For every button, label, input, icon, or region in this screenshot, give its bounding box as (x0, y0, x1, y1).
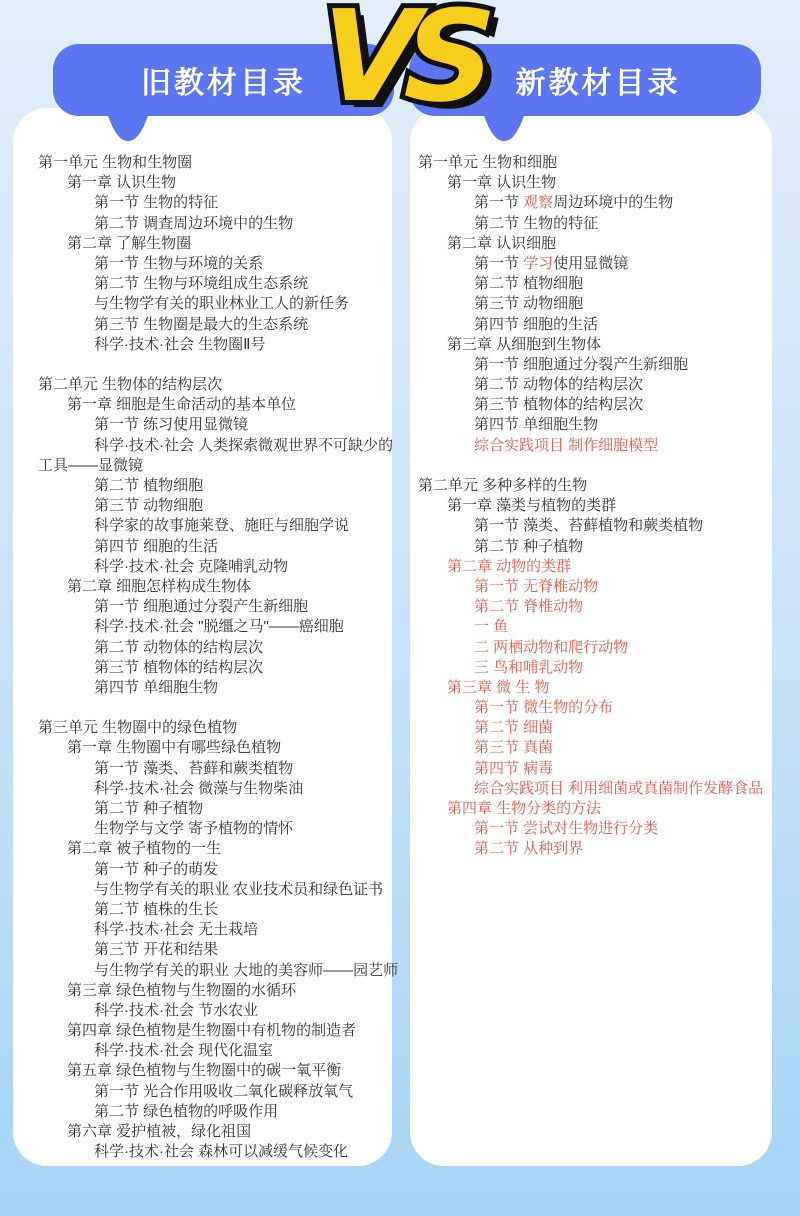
toc-line: 科学家的故事施莱登、施旺与细胞学说 (38, 516, 392, 536)
toc-text-highlight: 学习 (523, 255, 553, 272)
toc-line: 第三节 植物体的结构层次 (418, 395, 772, 415)
toc-line: 第一节 生物与环境的关系 (38, 254, 392, 274)
toc-line: 第一节 观察周边环境中的生物 (418, 193, 772, 213)
toc-text: 第四节 细胞的生活 (94, 538, 218, 555)
toc-text: 第三章 从细胞到生物体 (447, 336, 601, 353)
toc-line: 科学·技术·社会 "脱缰之马"——癌细胞 (38, 617, 392, 637)
toc-text: 与生物学有关的职业 农业技术员和绿色证书 (94, 881, 383, 898)
toc-text: 生物学与文学 寄予植物的情怀 (94, 820, 293, 837)
toc-text: 第二节 植株的生长 (94, 901, 218, 918)
toc-line: 第三章 从细胞到生物体 (418, 335, 772, 355)
toc-text: 第四节 单细胞生物 (474, 416, 598, 433)
toc-line: 科学·技术·社会 节水农业 (38, 1001, 392, 1021)
toc-line: 第四节 细胞的生活 (38, 537, 392, 557)
textbook-toc-comparison: 第一单元 生物和生物圈第一章 认识生物第一节 生物的特征第二节 调查周边环境中的… (0, 0, 800, 1216)
toc-line: 第二节 种子植物 (418, 537, 772, 557)
toc-line: 第一节 光合作用吸收二氧化碳释放氧气 (38, 1082, 392, 1102)
toc-text-highlight: 第四节 病毒 (474, 760, 553, 777)
toc-line: 第四节 单细胞生物 (38, 678, 392, 698)
toc-text-highlight: 第二章 动物的类群 (447, 558, 571, 575)
toc-text: 第一章 细胞是生命活动的基本单位 (67, 396, 296, 413)
toc-line: 第一节 尝试对生物进行分类 (418, 819, 772, 839)
toc-text: 周边环境中的生物 (553, 194, 673, 211)
toc-line: 第一章 认识生物 (38, 173, 392, 193)
toc-text-highlight: 一 鱼 (474, 618, 508, 635)
new-toc-title: 新教材目录 (490, 58, 681, 102)
toc-text: 第三章 绿色植物与生物圈的水循环 (67, 982, 296, 999)
toc-line: 综合实践项目 制作细胞模型 (418, 436, 772, 456)
toc-text: 第一节 细胞通过分裂产生新细胞 (474, 356, 688, 373)
toc-text: 第一节 (474, 255, 523, 272)
toc-line: 第一章 细胞是生命活动的基本单位 (38, 395, 392, 415)
toc-line: 与生物学有关的职业 大地的美容师——园艺师 (38, 961, 392, 981)
toc-line: 科学·技术·社会 微藻与生物柴油 (38, 779, 392, 799)
toc-text: 第二章 了解生物圈 (67, 235, 191, 252)
toc-text: 第一节 练习使用显微镜 (94, 416, 248, 433)
toc-line: 第二节 绿色植物的呼吸作用 (38, 1102, 392, 1122)
toc-line: 第二节 脊椎动物 (418, 597, 772, 617)
toc-text: 与生物学有关的职业 大地的美容师——园艺师 (94, 962, 398, 979)
toc-text: 第一节 生物与环境的关系 (94, 255, 263, 272)
toc-line: 第二节 植物细胞 (418, 274, 772, 294)
toc-line: 第二节 动物体的结构层次 (418, 375, 772, 395)
toc-line: 第三节 动物细胞 (38, 496, 392, 516)
toc-text: 科学·技术·社会 现代化温室 (94, 1042, 273, 1059)
toc-line: 第三节 生物圈是最大的生态系统 (38, 315, 392, 335)
toc-text: 第六章 爱护植被，绿化祖国 (67, 1123, 251, 1140)
toc-text: 科学·技术·社会 人类探索微观世界不可缺少的 (94, 437, 393, 454)
toc-text: 第二节 调查周边环境中的生物 (94, 215, 293, 232)
toc-text-highlight: 综合实践项目 利用细菌或真菌制作发酵食品 (474, 780, 763, 797)
bubble-tail-icon (105, 113, 151, 143)
toc-text-highlight: 第三节 真菌 (474, 739, 553, 756)
toc-text: 科学·技术·社会 生物圈Ⅱ号 (94, 336, 266, 353)
toc-text: 第四节 细胞的生活 (474, 316, 598, 333)
toc-text: 第二章 被子植物的一生 (67, 840, 221, 857)
toc-text: 第一单元 生物和生物圈 (38, 154, 192, 171)
toc-spacer (38, 355, 392, 375)
new-toc-header-bubble: 新教材目录 (409, 44, 761, 116)
toc-text-highlight: 第一节 无脊椎动物 (474, 578, 598, 595)
toc-text: 工具——显微镜 (38, 457, 143, 474)
toc-text: 第三节 植物体的结构层次 (94, 659, 263, 676)
toc-text: 科学·技术·社会 "脱缰之马"——癌细胞 (94, 618, 344, 635)
toc-spacer (418, 456, 772, 476)
toc-text: 第一节 种子的萌发 (94, 861, 218, 878)
toc-line: 第二节 植株的生长 (38, 900, 392, 920)
toc-text: 第二节 动物体的结构层次 (94, 639, 263, 656)
toc-line: 第一节 微生物的分布 (418, 698, 772, 718)
toc-text: 第二节 植物细胞 (94, 477, 203, 494)
toc-text: 第二单元 多种多样的生物 (418, 477, 587, 494)
toc-line: 第二节 种子植物 (38, 799, 392, 819)
toc-line: 三 鸟和哺乳动物 (418, 658, 772, 678)
toc-text: 第二章 认识细胞 (447, 235, 556, 252)
toc-line: 第三章 微 生 物 (418, 678, 772, 698)
toc-line: 第二节 细菌 (418, 718, 772, 738)
toc-line: 第一节 细胞通过分裂产生新细胞 (38, 597, 392, 617)
toc-text: 第三节 动物细胞 (474, 295, 583, 312)
toc-line: 第四章 绿色植物是生物圈中有机物的制造者 (38, 1021, 392, 1041)
toc-line: 二 两栖动物和爬行动物 (418, 638, 772, 658)
toc-text: 第四节 单细胞生物 (94, 679, 218, 696)
toc-text-highlight: 综合实践项目 制作细胞模型 (474, 437, 658, 454)
toc-text: 第一章 认识生物 (447, 174, 556, 191)
toc-text-highlight: 观察 (523, 194, 553, 211)
toc-line: 第一节 藻类、苔藓植物和蕨类植物 (418, 516, 772, 536)
toc-text-highlight: 二 两栖动物和爬行动物 (474, 639, 628, 656)
toc-line: 第三单元 生物圈中的绿色植物 (38, 718, 392, 738)
old-toc-title: 旧教材目录 (141, 58, 306, 102)
toc-line: 第二节 调查周边环境中的生物 (38, 214, 392, 234)
toc-text: 第一章 藻类与植物的类群 (447, 497, 616, 514)
toc-line: 工具——显微镜 (38, 456, 392, 476)
toc-text: 第二章 细胞怎样构成生物体 (67, 578, 251, 595)
toc-text: 与生物学有关的职业林业工人的新任务 (94, 295, 349, 312)
toc-line: 第一章 认识生物 (418, 173, 772, 193)
toc-text: 使用显微镜 (553, 255, 628, 272)
toc-line: 综合实践项目 利用细菌或真菌制作发酵食品 (418, 779, 772, 799)
toc-line: 第一节 藻类、苔藓和蕨类植物 (38, 759, 392, 779)
toc-line: 第三节 动物细胞 (418, 294, 772, 314)
toc-text: 第二节 生物与环境组成生态系统 (94, 275, 308, 292)
toc-spacer (38, 698, 392, 718)
toc-text-highlight: 第四章 生物分类的方法 (447, 800, 601, 817)
toc-text: 第五章 绿色植物与生物圈中的碳一氧平衡 (67, 1062, 341, 1079)
toc-line: 第二单元 生物体的结构层次 (38, 375, 392, 395)
toc-line: 第二节 植物细胞 (38, 476, 392, 496)
toc-line: 第三节 真菌 (418, 738, 772, 758)
toc-text: 第一节 光合作用吸收二氧化碳释放氧气 (94, 1083, 353, 1100)
toc-text: 第一节 藻类、苔藓植物和蕨类植物 (474, 517, 703, 534)
old-toc-header-bubble: 旧教材目录 (53, 44, 394, 116)
toc-text: 科学·技术·社会 克隆哺乳动物 (94, 558, 288, 575)
toc-text-highlight: 第二节 从种到界 (474, 840, 583, 857)
toc-text: 第二节 种子植物 (474, 538, 583, 555)
toc-line: 第二章 认识细胞 (418, 234, 772, 254)
toc-text: 第一节 (474, 194, 523, 211)
toc-line: 第一节 生物的特征 (38, 193, 392, 213)
toc-line: 第一节 练习使用显微镜 (38, 415, 392, 435)
toc-line: 第一单元 生物和细胞 (418, 153, 772, 173)
toc-line: 第二节 生物与环境组成生态系统 (38, 274, 392, 294)
toc-line: 科学·技术·社会 生物圈Ⅱ号 (38, 335, 392, 355)
toc-line: 第四节 单细胞生物 (418, 415, 772, 435)
bubble-tail-icon (481, 113, 527, 143)
toc-line: 第二章 了解生物圈 (38, 234, 392, 254)
toc-text: 第一单元 生物和细胞 (418, 154, 557, 171)
old-toc-panel: 第一单元 生物和生物圈第一章 认识生物第一节 生物的特征第二节 调查周边环境中的… (13, 108, 392, 1166)
toc-line: 第二单元 多种多样的生物 (418, 476, 772, 496)
toc-text-highlight: 三 鸟和哺乳动物 (474, 659, 583, 676)
toc-text: 第一节 细胞通过分裂产生新细胞 (94, 598, 308, 615)
toc-text: 第四章 绿色植物是生物圈中有机物的制造者 (67, 1022, 356, 1039)
toc-line: 第二节 生物的特征 (418, 214, 772, 234)
toc-text-highlight: 第二节 脊椎动物 (474, 598, 583, 615)
toc-line: 科学·技术·社会 人类探索微观世界不可缺少的 (38, 436, 392, 456)
toc-line: 第四节 病毒 (418, 759, 772, 779)
toc-line: 第二章 细胞怎样构成生物体 (38, 577, 392, 597)
toc-line: 第六章 爱护植被，绿化祖国 (38, 1122, 392, 1142)
toc-text-highlight: 第一节 尝试对生物进行分类 (474, 820, 658, 837)
toc-line: 第三章 绿色植物与生物圈的水循环 (38, 981, 392, 1001)
toc-line: 第四章 生物分类的方法 (418, 799, 772, 819)
toc-text: 第一章 认识生物 (67, 174, 176, 191)
toc-line: 第三节 植物体的结构层次 (38, 658, 392, 678)
toc-line: 第一节 学习使用显微镜 (418, 254, 772, 274)
toc-text: 科学·技术·社会 节水农业 (94, 1002, 258, 1019)
toc-text: 第一节 生物的特征 (94, 194, 218, 211)
old-toc-lines: 第一单元 生物和生物圈第一章 认识生物第一节 生物的特征第二节 调查周边环境中的… (13, 108, 392, 1162)
toc-line: 第一节 细胞通过分裂产生新细胞 (418, 355, 772, 375)
toc-line: 第五章 绿色植物与生物圈中的碳一氧平衡 (38, 1061, 392, 1081)
toc-line: 第二节 从种到界 (418, 839, 772, 859)
toc-text-highlight: 第三章 微 生 物 (447, 679, 550, 696)
toc-text-highlight: 第一节 微生物的分布 (474, 699, 613, 716)
toc-line: 科学·技术·社会 无土栽培 (38, 920, 392, 940)
toc-text: 科学·技术·社会 无土栽培 (94, 921, 258, 938)
toc-text: 第二节 绿色植物的呼吸作用 (94, 1103, 278, 1120)
toc-line: 生物学与文学 寄予植物的情怀 (38, 819, 392, 839)
toc-text: 科学家的故事施莱登、施旺与细胞学说 (94, 517, 349, 534)
toc-line: 科学·技术·社会 现代化温室 (38, 1041, 392, 1061)
toc-line: 与生物学有关的职业 农业技术员和绿色证书 (38, 880, 392, 900)
toc-text: 第三节 动物细胞 (94, 497, 203, 514)
toc-line: 一 鱼 (418, 617, 772, 637)
toc-text: 第三单元 生物圈中的绿色植物 (38, 719, 237, 736)
toc-line: 第一节 种子的萌发 (38, 860, 392, 880)
new-toc-lines: 第一单元 生物和细胞第一章 认识生物第一节 观察周边环境中的生物第二节 生物的特… (410, 108, 772, 860)
toc-text: 第二节 植物细胞 (474, 275, 583, 292)
toc-line: 第一单元 生物和生物圈 (38, 153, 392, 173)
toc-line: 第一章 藻类与植物的类群 (418, 496, 772, 516)
toc-text: 第三节 生物圈是最大的生态系统 (94, 316, 308, 333)
toc-text: 第二节 生物的特征 (474, 215, 598, 232)
toc-line: 第一章 生物圈中有哪些绿色植物 (38, 738, 392, 758)
toc-text: 第三节 植物体的结构层次 (474, 396, 643, 413)
toc-line: 第二节 动物体的结构层次 (38, 638, 392, 658)
toc-line: 第三节 开花和结果 (38, 940, 392, 960)
toc-text: 科学·技术·社会 微藻与生物柴油 (94, 780, 303, 797)
toc-text: 第二单元 生物体的结构层次 (38, 376, 222, 393)
toc-line: 科学·技术·社会 克隆哺乳动物 (38, 557, 392, 577)
toc-text: 科学·技术·社会 森林可以减缓气候变化 (94, 1143, 348, 1160)
toc-text: 第二节 种子植物 (94, 800, 203, 817)
toc-line: 与生物学有关的职业林业工人的新任务 (38, 294, 392, 314)
toc-text: 第一节 藻类、苔藓和蕨类植物 (94, 760, 293, 777)
toc-line: 第二章 动物的类群 (418, 557, 772, 577)
toc-line: 第四节 细胞的生活 (418, 315, 772, 335)
toc-text-highlight: 第二节 细菌 (474, 719, 553, 736)
toc-text: 第二节 动物体的结构层次 (474, 376, 643, 393)
toc-line: 第一节 无脊椎动物 (418, 577, 772, 597)
toc-text: 第三节 开花和结果 (94, 941, 218, 958)
toc-line: 科学·技术·社会 森林可以减缓气候变化 (38, 1142, 392, 1162)
new-toc-panel: 第一单元 生物和细胞第一章 认识生物第一节 观察周边环境中的生物第二节 生物的特… (410, 108, 772, 1166)
toc-text: 第一章 生物圈中有哪些绿色植物 (67, 739, 281, 756)
toc-line: 第二章 被子植物的一生 (38, 839, 392, 859)
